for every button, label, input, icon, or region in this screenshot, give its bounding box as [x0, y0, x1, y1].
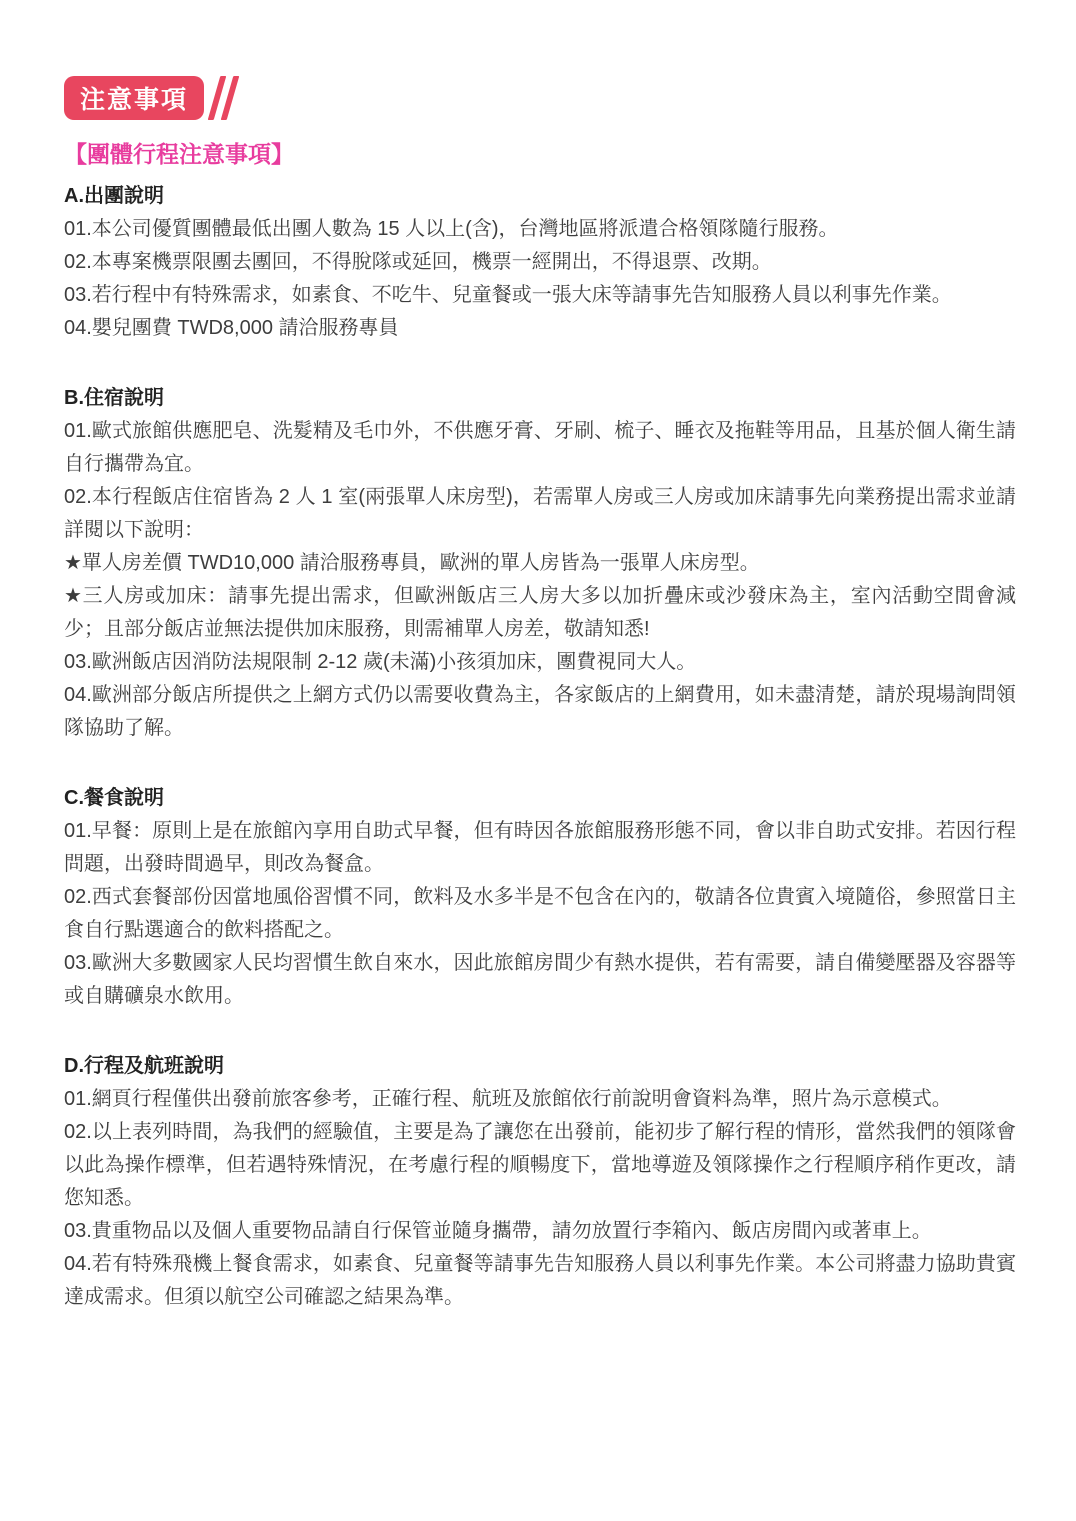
notice-item: 03.貴重物品以及個人重要物品請自行保管並隨身攜帶，請勿放置行李箱內、飯店房間內… — [64, 1215, 1016, 1248]
section-accommodation-info: B.住宿說明 01.歐式旅館供應肥皂、洗髮精及毛巾外，不供應牙膏、牙刷、梳子、睡… — [64, 382, 1016, 745]
notice-item: 03.歐洲大多數國家人民均習慣生飲自來水，因此旅館房間少有熱水提供，若有需要，請… — [64, 947, 1016, 1013]
notice-item-star: ★三人房或加床：請事先提出需求，但歐洲飯店三人房大多以加折疊床或沙發床為主，室內… — [64, 580, 1016, 646]
notice-item: 02.本專案機票限團去團回，不得脫隊或延回，機票一經開出，不得退票、改期。 — [64, 246, 1016, 279]
notice-item: 01.早餐：原則上是在旅館內享用自助式早餐，但有時因各旅館服務形態不同，會以非自… — [64, 815, 1016, 881]
section-title: A.出團說明 — [64, 180, 1016, 213]
notice-badge: 注意事項 — [64, 76, 204, 120]
notice-item-star: ★單人房差價 TWD10,000 請洽服務專員，歐洲的單人房皆為一張單人床房型。 — [64, 547, 1016, 580]
notice-badge-row: 注意事項 — [64, 76, 1016, 120]
notice-item: 04.嬰兒團費 TWD8,000 請洽服務專員 — [64, 312, 1016, 345]
notice-item: 02.西式套餐部份因當地風俗習慣不同，飲料及水多半是不包含在內的，敬請各位貴賓入… — [64, 881, 1016, 947]
double-slash-icon — [214, 76, 240, 120]
section-title: C.餐食說明 — [64, 782, 1016, 815]
section-departure-info: A.出團說明 01.本公司優質團體最低出團人數為 15 人以上(含)，台灣地區將… — [64, 180, 1016, 345]
notice-item: 04.若有特殊飛機上餐食需求，如素食、兒童餐等請事先告知服務人員以利事先作業。本… — [64, 1248, 1016, 1314]
notice-item: 02.以上表列時間，為我們的經驗值，主要是為了讓您在出發前，能初步了解行程的情形… — [64, 1116, 1016, 1215]
group-itinerary-notes-heading: 【團體行程注意事項】 — [64, 138, 1016, 170]
notice-item: 02.本行程飯店住宿皆為 2 人 1 室(兩張單人床房型)，若需單人房或三人房或… — [64, 481, 1016, 547]
section-title: B.住宿說明 — [64, 382, 1016, 415]
notice-item: 01.歐式旅館供應肥皂、洗髮精及毛巾外，不供應牙膏、牙刷、梳子、睡衣及拖鞋等用品… — [64, 415, 1016, 481]
section-itinerary-flight-info: D.行程及航班說明 01.網頁行程僅供出發前旅客參考，正確行程、航班及旅館依行前… — [64, 1050, 1016, 1314]
section-title: D.行程及航班說明 — [64, 1050, 1016, 1083]
notice-item: 01.本公司優質團體最低出團人數為 15 人以上(含)，台灣地區將派遣合格領隊隨… — [64, 213, 1016, 246]
notice-item: 04.歐洲部分飯店所提供之上網方式仍以需要收費為主，各家飯店的上網費用，如未盡清… — [64, 679, 1016, 745]
section-meals-info: C.餐食說明 01.早餐：原則上是在旅館內享用自助式早餐，但有時因各旅館服務形態… — [64, 782, 1016, 1013]
notice-item: 03.歐洲飯店因消防法規限制 2-12 歲(未滿)小孩須加床，團費視同大人。 — [64, 646, 1016, 679]
notice-item: 03.若行程中有特殊需求，如素食、不吃牛、兒童餐或一張大床等請事先告知服務人員以… — [64, 279, 1016, 312]
notice-item: 01.網頁行程僅供出發前旅客參考，正確行程、航班及旅館依行前說明會資料為準，照片… — [64, 1083, 1016, 1116]
notice-document: 注意事項 【團體行程注意事項】 A.出團說明 01.本公司優質團體最低出團人數為… — [0, 0, 1076, 1314]
